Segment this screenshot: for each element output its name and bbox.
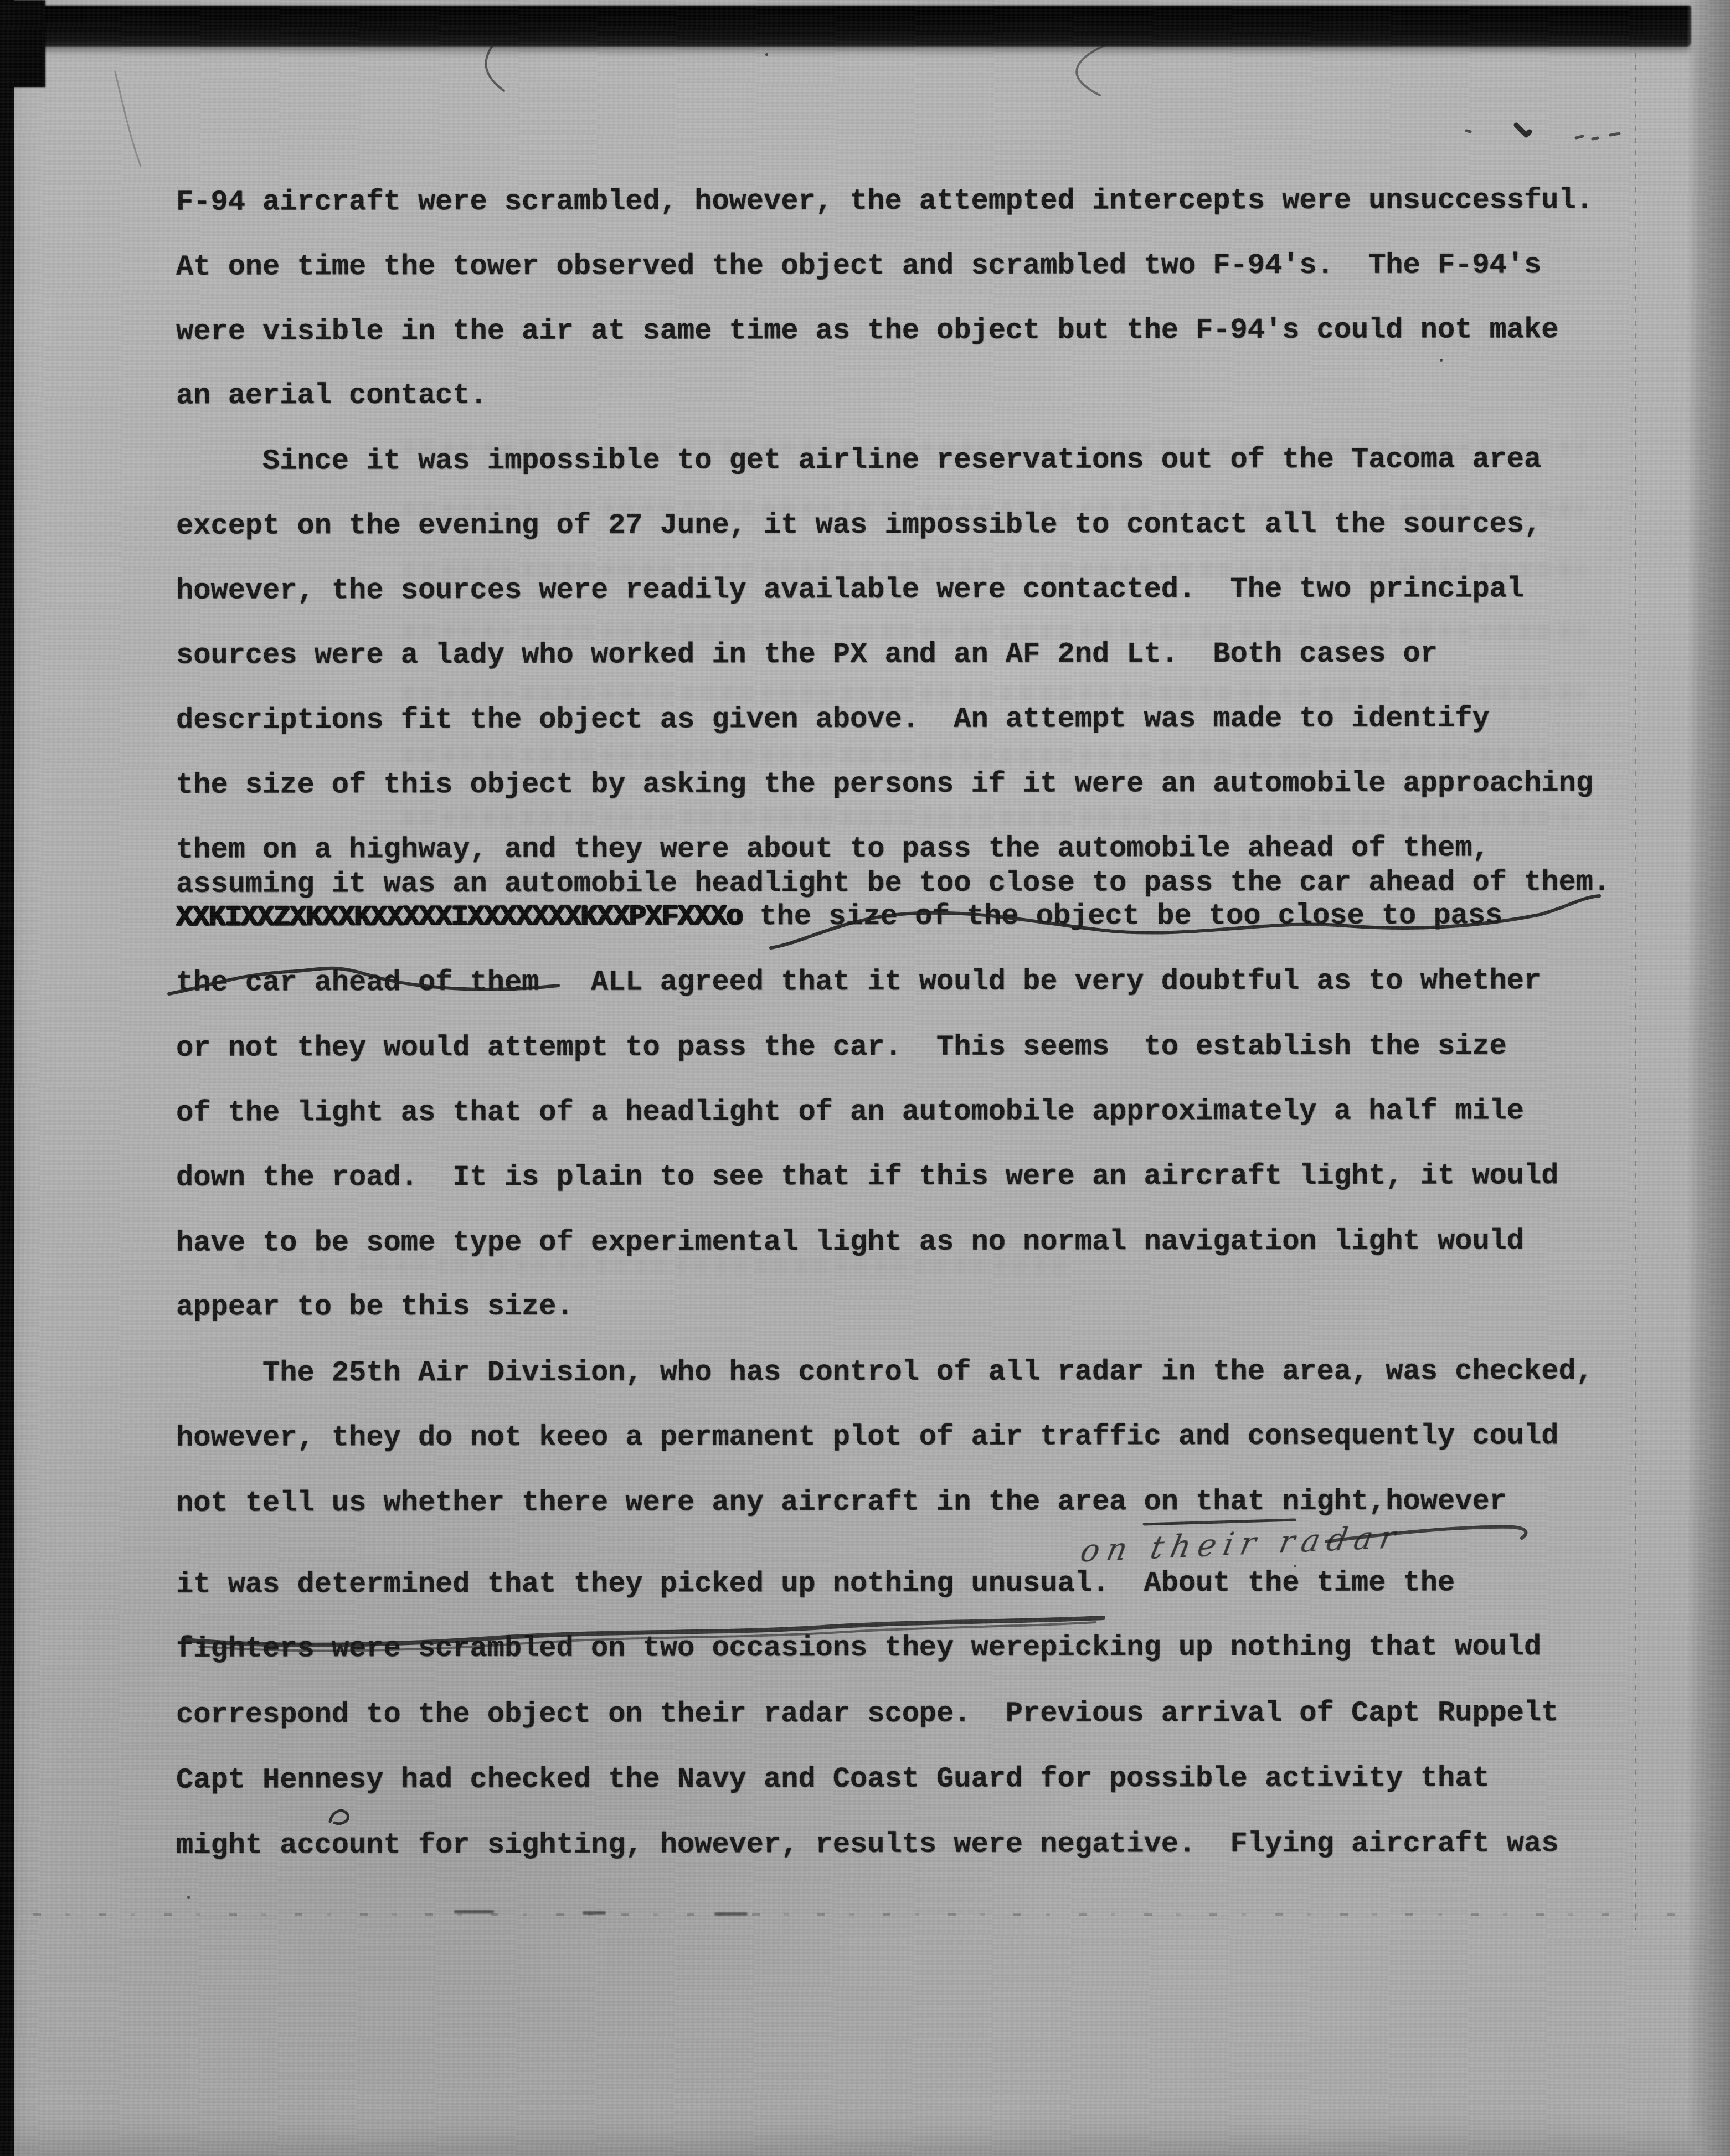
typed-line-20: The 25th Air Division, who has control o… [176,1354,1593,1391]
pen-check-mark [1516,125,1530,135]
typed-line-10: the size of this object by asking the pe… [176,766,1593,803]
typed-line-28: might account for sighting, however, res… [176,1827,1558,1863]
struck-text: the size of the object be too close to p… [742,899,1502,933]
bleedthrough-line [404,686,1584,702]
pen-dash-marks [1466,131,1619,139]
typed-line-19: appear to be this size. [176,1290,574,1324]
obliterated-text: XXKIXXZXKXXKXXXXXIXXXXXXXKXXPXFXXXo [176,900,742,933]
typed-line-12: assuming it was an automobile headlight … [176,865,1610,902]
typed-line-17: down the road. It is plain to see that i… [176,1159,1558,1195]
scan-horizontal-dotted-line [33,1913,1689,1916]
scratch-mark [115,72,141,166]
typed-line-05: Since it was impossible to get airline r… [176,442,1541,478]
typed-line-15: or not they would attempt to pass the ca… [176,1029,1507,1065]
insertion-squiggle [330,1811,348,1823]
scanner-left-edge [0,0,14,2156]
typed-line-24: it was determined that they picked up no… [176,1566,1455,1602]
typed-line-13: XXKIXXZXKXXKXXXXXIXXXXXXXKXXPXFXXXo the … [176,899,1502,935]
typed-line-03: were visible in the air at same time as … [176,313,1558,349]
scan-vertical-dotted-line [1635,53,1636,1930]
document-page: F-94 aircraft were scrambled, however, t… [0,0,1730,2156]
typed-line-09: descriptions fit the object as given abo… [176,702,1490,737]
typed-line-02: At one time the tower observed the objec… [176,248,1541,284]
scan-dash-artifact [583,1911,606,1915]
scanner-top-bar [14,6,1691,47]
typed-line-06: except on the evening of 27 June, it was… [176,507,1541,543]
dust-specks [1440,359,1443,362]
typed-line-25: fighters were scrambled on two occasions… [176,1630,1541,1666]
typed-line-04: an aerial contact. [176,379,487,414]
typed-line-08: sources were a lady who worked in the PX… [176,637,1438,673]
typed-line-27: Capt Hennesy had checked the Navy and Co… [176,1761,1490,1797]
scan-dash-artifact [714,1912,748,1916]
typed-line-26: correspond to the object on their radar … [176,1696,1558,1732]
insertion-underline [1144,1520,1295,1524]
scan-dash-artifact [454,1910,494,1913]
bleedthrough-line [404,810,1584,826]
typed-line-14: the car ahead of them ALL agreed that it… [176,964,1541,1000]
pencil-paren-mark-right [1077,45,1104,95]
typed-line-01: F-94 aircraft were scrambled, however, t… [176,183,1593,220]
typed-line-11: them on a highway, and they were about t… [176,831,1490,867]
typed-line-22: not tell us whether there were any aircr… [176,1484,1507,1520]
typed-line-21: however, they do not keeo a permanent pl… [176,1419,1558,1455]
page-right-edge-shadow [1687,0,1730,2156]
typed-line-16: of the light as that of a headlight of a… [176,1094,1524,1130]
handwritten-annotation: on their radar [1078,1519,1406,1569]
typed-line-18: have to be some type of experimental lig… [176,1224,1524,1260]
bleedthrough-line [404,748,1584,764]
typed-line-07: however, the sources were readily availa… [176,572,1524,608]
